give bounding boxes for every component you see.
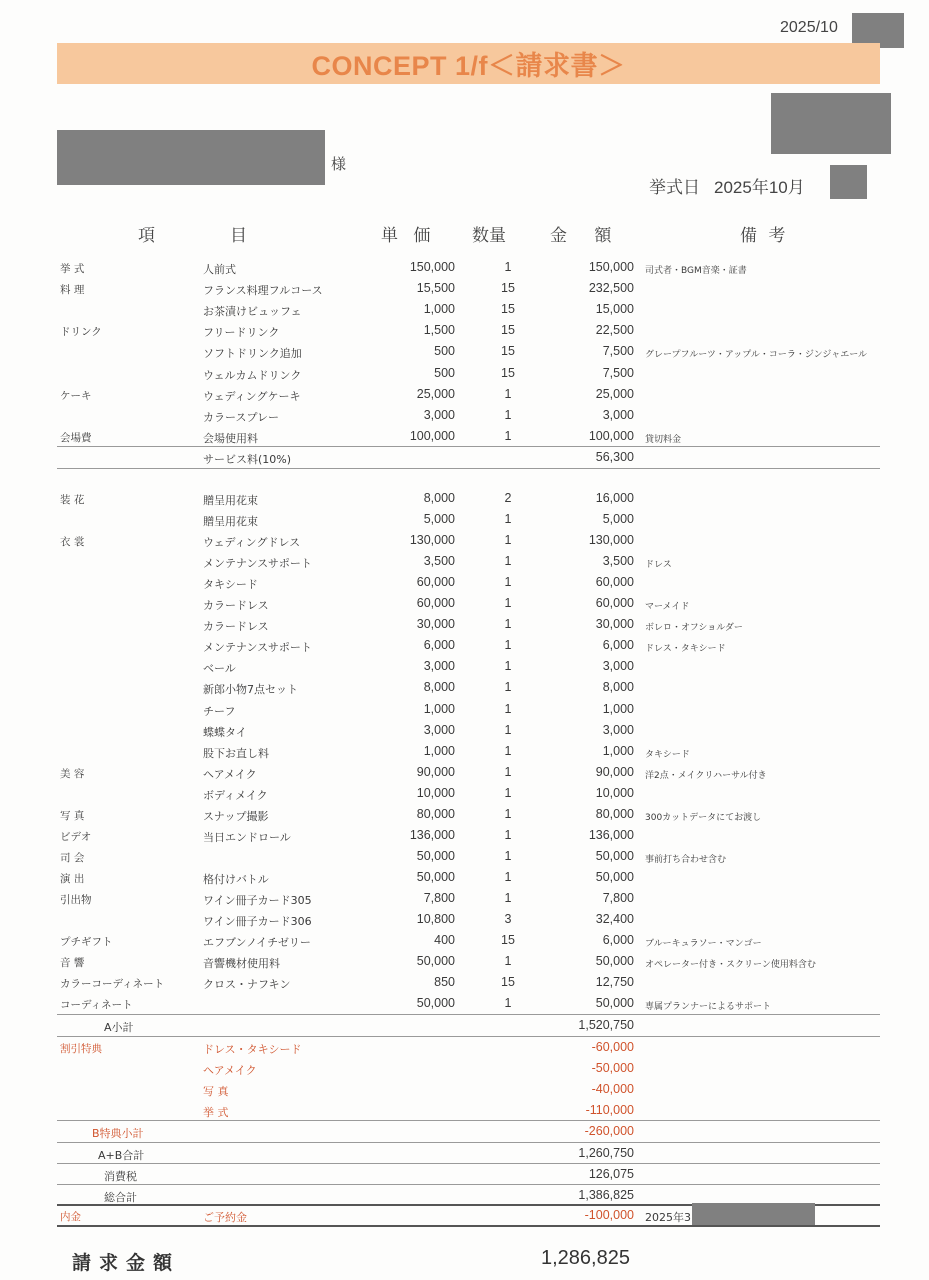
line-item-amount: 60,000 xyxy=(596,596,634,610)
line-item-note: グレープフルーツ・アップル・コーラ・ジンジャエール xyxy=(645,347,867,360)
line-item-category: 司 会 xyxy=(60,850,84,865)
line-item-quantity: 1 xyxy=(493,533,523,547)
line-item-row: 贈呈用花束5,00015,000 xyxy=(57,510,880,531)
line-item-amount: 60,000 xyxy=(596,575,634,589)
line-item-amount: 3,000 xyxy=(603,659,634,673)
service-charge-row: サービス料(10%) 56,300 xyxy=(57,448,880,469)
line-item-quantity: 1 xyxy=(493,786,523,800)
line-item-name: フリードリンク xyxy=(203,324,279,340)
line-item-note: ドレス・タキシード xyxy=(645,641,726,654)
discount-item: 挙 式 xyxy=(203,1104,229,1120)
line-item-amount: 32,400 xyxy=(596,912,634,926)
line-item-note: ボレロ・オフショルダー xyxy=(645,620,743,633)
line-item-row: 蝶蝶タイ3,00013,000 xyxy=(57,721,880,742)
service-charge-label: サービス料(10%) xyxy=(203,451,291,467)
line-item-amount: 1,000 xyxy=(603,744,634,758)
line-item-quantity: 15 xyxy=(493,933,523,947)
subtotal-a-row: A小計 1,520,750 xyxy=(57,1016,880,1037)
line-item-unit-price: 3,000 xyxy=(424,659,455,673)
line-item-quantity: 1 xyxy=(493,702,523,716)
line-item-note: 事前打ち合わせ含む xyxy=(645,852,726,865)
subtotal-a-amount: 1,520,750 xyxy=(578,1018,634,1032)
line-item-amount: 3,000 xyxy=(603,408,634,422)
line-item-name: ベール xyxy=(203,660,236,676)
line-item-quantity: 15 xyxy=(493,344,523,358)
line-item-name: ワイン冊子カード306 xyxy=(203,913,312,929)
line-item-amount: 25,000 xyxy=(596,387,634,401)
line-item-row: 新郎小物7点セット8,00018,000 xyxy=(57,678,880,699)
line-item-amount: 80,000 xyxy=(596,807,634,821)
divider xyxy=(57,1184,880,1185)
line-item-note: オペレーター付き・スクリーン使用料含む xyxy=(645,957,816,970)
line-item-unit-price: 50,000 xyxy=(417,849,455,863)
line-item-amount: 16,000 xyxy=(596,491,634,505)
discount-category: 割引特典 xyxy=(60,1041,102,1056)
grand-total-amount: 1,386,825 xyxy=(578,1188,634,1202)
discount-item: ヘアメイク xyxy=(203,1062,257,1078)
line-item-category: 音 響 xyxy=(60,955,84,970)
col-header-quantity: 数量 xyxy=(472,221,506,246)
grand-total-label: 総合計 xyxy=(104,1189,137,1205)
line-item-quantity: 15 xyxy=(493,281,523,295)
divider xyxy=(57,1014,880,1015)
line-item-row: ケーキウェディングケーキ25,000125,000 xyxy=(57,385,880,406)
col-header-unit-price: 単 価 xyxy=(381,221,430,246)
line-item-quantity: 2 xyxy=(493,491,523,505)
col-header-notes: 備 考 xyxy=(740,221,785,246)
line-item-quantity: 1 xyxy=(493,765,523,779)
tax-row: 消費税 126,075 xyxy=(57,1165,880,1186)
line-item-name: 当日エンドロール xyxy=(203,829,291,845)
line-item-note: 300カットデータにてお渡し xyxy=(645,810,761,823)
line-item-category: 装 花 xyxy=(60,492,84,507)
line-item-category: プチギフト xyxy=(60,934,113,949)
line-item-amount: 7,500 xyxy=(603,344,634,358)
divider xyxy=(57,1163,880,1164)
line-item-quantity: 3 xyxy=(493,912,523,926)
line-item-row: 股下お直し料1,00011,000タキシード xyxy=(57,742,880,763)
line-item-amount: 12,750 xyxy=(596,975,634,989)
discount-item: ドレス・タキシード xyxy=(203,1041,302,1057)
line-item-quantity: 15 xyxy=(493,975,523,989)
divider xyxy=(57,446,880,447)
line-item-note: ドレス xyxy=(645,557,672,570)
divider-thick xyxy=(57,1225,880,1227)
line-item-category: ケーキ xyxy=(60,388,92,403)
line-item-row: 演 出格付けバトル50,000150,000 xyxy=(57,868,880,889)
line-item-note: タキシード xyxy=(645,747,690,760)
line-item-note: 司式者・BGM音楽・証書 xyxy=(645,263,747,276)
line-item-quantity: 1 xyxy=(493,659,523,673)
line-item-name: 贈呈用花束 xyxy=(203,492,258,508)
wedding-date-value: 2025年10月 xyxy=(714,178,805,197)
service-charge-amount: 56,300 xyxy=(596,450,634,464)
line-item-row: カラードレス30,000130,000ボレロ・オフショルダー xyxy=(57,615,880,636)
wedding-date-label: 挙式日 xyxy=(649,178,700,197)
document-title: CONCEPT 1/f＜請求書＞ xyxy=(311,44,625,83)
redaction-deposit-note xyxy=(692,1203,815,1227)
line-item-row: 衣 裳ウェディングドレス130,0001130,000 xyxy=(57,531,880,552)
line-item-unit-price: 3,500 xyxy=(424,554,455,568)
line-item-note: 洋2点・メイクリハーサル付き xyxy=(645,768,767,781)
line-item-row: ソフトドリンク追加500157,500グレープフルーツ・アップル・コーラ・ジンジ… xyxy=(57,342,880,363)
line-item-note: 貸切料金 xyxy=(645,432,681,445)
deposit-category: 内金 xyxy=(60,1209,81,1224)
line-item-unit-price: 90,000 xyxy=(417,765,455,779)
line-item-amount: 3,000 xyxy=(603,723,634,737)
line-item-unit-price: 7,800 xyxy=(424,891,455,905)
subtotal-a-label: A小計 xyxy=(104,1019,134,1035)
line-item-amount: 15,000 xyxy=(596,302,634,316)
line-item-quantity: 1 xyxy=(493,575,523,589)
line-item-row: 引出物ワイン冊子カード3057,80017,800 xyxy=(57,889,880,910)
line-item-name: クロス・ナフキン xyxy=(203,976,290,992)
line-item-amount: 10,000 xyxy=(596,786,634,800)
line-item-quantity: 1 xyxy=(493,723,523,737)
line-item-amount: 50,000 xyxy=(596,870,634,884)
line-item-unit-price: 136,000 xyxy=(410,828,455,842)
line-item-unit-price: 60,000 xyxy=(417,575,455,589)
line-item-amount: 7,500 xyxy=(603,366,634,380)
line-item-name: スナップ撮影 xyxy=(203,808,269,824)
line-item-unit-price: 25,000 xyxy=(417,387,455,401)
line-item-amount: 6,000 xyxy=(603,638,634,652)
line-item-quantity: 1 xyxy=(493,617,523,631)
line-item-unit-price: 500 xyxy=(434,344,455,358)
line-item-unit-price: 60,000 xyxy=(417,596,455,610)
line-item-row: ドリンクフリードリンク1,5001522,500 xyxy=(57,321,880,342)
line-item-unit-price: 3,000 xyxy=(424,723,455,737)
line-item-unit-price: 8,000 xyxy=(424,680,455,694)
line-item-row: プチギフトエフブンノイチゼリー400156,000ブルーキュラソー・マンゴー xyxy=(57,931,880,952)
line-item-name: ボディメイク xyxy=(203,787,268,803)
line-item-category: コーディネート xyxy=(60,997,133,1012)
line-item-name: 贈呈用花束 xyxy=(203,513,258,529)
wedding-date: 挙式日2025年10月日 xyxy=(649,173,854,198)
col-header-amount: 金 額 xyxy=(550,221,611,246)
line-item-row: 会場費会場使用料100,0001100,000貸切料金 xyxy=(57,427,880,448)
line-item-quantity: 1 xyxy=(493,807,523,821)
line-item-quantity: 1 xyxy=(493,638,523,652)
tax-label: 消費税 xyxy=(104,1168,137,1184)
subtotal-b-amount: -260,000 xyxy=(585,1124,634,1138)
line-item-amount: 7,800 xyxy=(603,891,634,905)
line-item-unit-price: 1,500 xyxy=(424,323,455,337)
line-item-amount: 50,000 xyxy=(596,996,634,1010)
line-item-name: 人前式 xyxy=(203,261,236,277)
line-item-row: 司 会50,000150,000事前打ち合わせ含む xyxy=(57,847,880,868)
line-item-quantity: 1 xyxy=(493,996,523,1010)
line-item-category: ビデオ xyxy=(60,829,91,844)
line-item-quantity: 1 xyxy=(493,849,523,863)
line-item-quantity: 1 xyxy=(493,554,523,568)
line-item-unit-price: 10,800 xyxy=(417,912,455,926)
line-item-amount: 90,000 xyxy=(596,765,634,779)
deposit-item: ご予約金 xyxy=(203,1209,247,1225)
line-item-name: ウェディングケーキ xyxy=(203,388,300,404)
line-item-row: カラースプレー3,00013,000 xyxy=(57,406,880,427)
redaction-wedding-day xyxy=(830,165,867,199)
discount-amount: -40,000 xyxy=(592,1082,634,1096)
line-item-quantity: 1 xyxy=(493,828,523,842)
line-item-unit-price: 30,000 xyxy=(417,617,455,631)
line-item-unit-price: 1,000 xyxy=(424,702,455,716)
line-item-name: カラースプレー xyxy=(203,409,279,425)
line-item-name: エフブンノイチゼリー xyxy=(203,934,311,950)
line-item-amount: 50,000 xyxy=(596,954,634,968)
line-item-note: ブルーキュラソー・マンゴー xyxy=(645,936,762,949)
line-item-amount: 50,000 xyxy=(596,849,634,863)
line-item-row: カラーコーディネートクロス・ナフキン8501512,750 xyxy=(57,973,880,994)
line-item-amount: 150,000 xyxy=(589,260,634,274)
line-item-row: 音 響音響機材使用料50,000150,000オペレーター付き・スクリーン使用料… xyxy=(57,952,880,973)
issue-date: 2025/10 xyxy=(780,19,838,37)
line-item-quantity: 1 xyxy=(493,408,523,422)
line-item-quantity: 1 xyxy=(493,680,523,694)
line-item-quantity: 1 xyxy=(493,744,523,758)
line-item-row: お茶漬けビュッフェ1,0001515,000 xyxy=(57,300,880,321)
line-item-row: コーディネート50,000150,000専属プランナーによるサポート xyxy=(57,994,880,1015)
line-item-row: 料 理フランス料理フルコース15,50015232,500 xyxy=(57,279,880,300)
title-bar: CONCEPT 1/f＜請求書＞ xyxy=(57,43,880,84)
total-ab-row: A+B合計 1,260,750 xyxy=(57,1144,880,1165)
line-item-amount: 30,000 xyxy=(596,617,634,631)
discount-amount: -50,000 xyxy=(592,1061,634,1075)
deposit-amount: -100,000 xyxy=(585,1208,634,1222)
line-item-amount: 130,000 xyxy=(589,533,634,547)
discount-amount: -110,000 xyxy=(586,1103,634,1117)
line-item-name: フランス料理フルコース xyxy=(203,282,323,298)
discount-row: 写 真 -40,000 xyxy=(57,1080,880,1101)
divider xyxy=(57,468,880,469)
line-item-category: 演 出 xyxy=(60,871,84,886)
subtotal-b-row: B特典小計 -260,000 xyxy=(57,1122,880,1143)
line-item-row: ワイン冊子カード30610,800332,400 xyxy=(57,910,880,931)
line-item-amount: 22,500 xyxy=(596,323,634,337)
line-item-category: ドリンク xyxy=(60,324,102,339)
line-item-category: カラーコーディネート xyxy=(60,976,164,991)
line-item-category: 料 理 xyxy=(60,282,84,297)
line-item-quantity: 1 xyxy=(493,512,523,526)
line-item-note: 専属プランナーによるサポート xyxy=(645,999,771,1012)
line-item-row: チーフ1,00011,000 xyxy=(57,700,880,721)
discount-row: ヘアメイク -50,000 xyxy=(57,1059,880,1080)
total-ab-amount: 1,260,750 xyxy=(578,1146,634,1160)
line-item-unit-price: 5,000 xyxy=(424,512,455,526)
line-item-category: 引出物 xyxy=(60,892,92,907)
line-item-quantity: 1 xyxy=(493,387,523,401)
line-item-category: 会場費 xyxy=(60,430,92,445)
deposit-note: 2025年3 xyxy=(645,1209,691,1225)
line-item-name: ウェルカムドリンク xyxy=(203,367,301,383)
line-item-amount: 100,000 xyxy=(589,429,634,443)
line-item-category: 衣 裳 xyxy=(60,534,84,549)
line-item-row: 美 容ヘアメイク90,000190,000洋2点・メイクリハーサル付き xyxy=(57,763,880,784)
line-item-amount: 136,000 xyxy=(589,828,634,842)
line-item-row: 写 真スナップ撮影80,000180,000300カットデータにてお渡し xyxy=(57,805,880,826)
line-item-quantity: 15 xyxy=(493,323,523,337)
discount-amount: -60,000 xyxy=(592,1040,634,1054)
discount-row: 挙 式 -110,000 xyxy=(57,1101,880,1122)
line-item-row: タキシード60,000160,000 xyxy=(57,573,880,594)
line-item-unit-price: 50,000 xyxy=(417,996,455,1010)
line-item-unit-price: 80,000 xyxy=(417,807,455,821)
line-item-name: ウェディングドレス xyxy=(203,534,300,550)
line-item-quantity: 1 xyxy=(493,260,523,274)
line-item-unit-price: 8,000 xyxy=(424,491,455,505)
line-item-name: メンテナンスサポート xyxy=(203,639,312,655)
line-item-unit-price: 1,000 xyxy=(424,744,455,758)
line-item-name: 蝶蝶タイ xyxy=(203,724,247,740)
line-item-quantity: 1 xyxy=(493,870,523,884)
line-item-row: カラードレス60,000160,000マーメイド xyxy=(57,594,880,615)
discount-row: 割引特典 ドレス・タキシード -60,000 xyxy=(57,1038,880,1059)
line-item-quantity: 1 xyxy=(493,596,523,610)
line-item-row: ウェルカムドリンク500157,500 xyxy=(57,364,880,385)
line-item-category: 美 容 xyxy=(60,766,84,781)
line-item-name: タキシード xyxy=(203,576,258,592)
subtotal-b-label: B特典小計 xyxy=(92,1125,144,1141)
line-item-unit-price: 50,000 xyxy=(417,954,455,968)
line-item-unit-price: 150,000 xyxy=(410,260,455,274)
col-header-category: 項 xyxy=(138,221,155,246)
line-item-name: メンテナンスサポート xyxy=(203,555,312,571)
line-item-unit-price: 3,000 xyxy=(424,408,455,422)
line-item-name: ワイン冊子カード305 xyxy=(203,892,312,908)
line-item-name: ヘアメイク xyxy=(203,766,257,782)
line-item-unit-price: 400 xyxy=(434,933,455,947)
discount-item: 写 真 xyxy=(203,1083,229,1099)
billing-amount-value: 1,286,825 xyxy=(541,1247,630,1270)
line-item-amount: 8,000 xyxy=(603,680,634,694)
line-item-name: 新郎小物7点セット xyxy=(203,681,298,697)
line-item-amount: 6,000 xyxy=(603,933,634,947)
redaction-company-stamp xyxy=(771,93,891,154)
line-item-quantity: 15 xyxy=(493,366,523,380)
redaction-customer-name xyxy=(57,130,325,185)
line-item-unit-price: 130,000 xyxy=(410,533,455,547)
line-item-name: 股下お直し料 xyxy=(203,745,269,761)
line-item-unit-price: 15,500 xyxy=(417,281,455,295)
billing-amount-label: 請求金額 xyxy=(72,1248,180,1275)
line-item-name: カラードレス xyxy=(203,618,269,634)
line-item-amount: 5,000 xyxy=(603,512,634,526)
line-item-row: ビデオ当日エンドロール136,0001136,000 xyxy=(57,826,880,847)
line-item-quantity: 1 xyxy=(493,891,523,905)
line-item-quantity: 1 xyxy=(493,954,523,968)
line-item-row: メンテナンスサポート6,00016,000ドレス・タキシード xyxy=(57,636,880,657)
line-item-unit-price: 500 xyxy=(434,366,455,380)
line-item-name: 会場使用料 xyxy=(203,430,258,446)
line-item-row: ボディメイク10,000110,000 xyxy=(57,784,880,805)
line-item-amount: 1,000 xyxy=(603,702,634,716)
line-item-name: お茶漬けビュッフェ xyxy=(203,303,301,319)
line-item-unit-price: 6,000 xyxy=(424,638,455,652)
line-item-name: 格付けバトル xyxy=(203,871,269,887)
divider xyxy=(57,1142,880,1143)
line-item-amount: 232,500 xyxy=(589,281,634,295)
line-item-unit-price: 10,000 xyxy=(417,786,455,800)
total-ab-label: A+B合計 xyxy=(98,1147,144,1163)
tax-amount: 126,075 xyxy=(589,1167,634,1181)
line-item-row: ベール3,00013,000 xyxy=(57,657,880,678)
line-item-quantity: 15 xyxy=(493,302,523,316)
line-item-name: ソフトドリンク追加 xyxy=(203,345,302,361)
col-header-item: 目 xyxy=(230,221,247,246)
line-item-amount: 3,500 xyxy=(603,554,634,568)
line-item-category: 挙 式 xyxy=(60,261,84,276)
line-item-unit-price: 1,000 xyxy=(424,302,455,316)
line-item-name: チーフ xyxy=(203,703,235,719)
line-item-name: カラードレス xyxy=(203,597,269,613)
line-item-row: 装 花贈呈用花束8,000216,000 xyxy=(57,489,880,510)
honorific: 様 xyxy=(331,153,346,174)
line-item-category: 写 真 xyxy=(60,808,84,823)
line-item-unit-price: 100,000 xyxy=(410,429,455,443)
divider xyxy=(57,1120,880,1121)
divider xyxy=(57,1036,880,1037)
line-item-row: メンテナンスサポート3,50013,500ドレス xyxy=(57,552,880,573)
line-item-unit-price: 850 xyxy=(434,975,455,989)
line-item-quantity: 1 xyxy=(493,429,523,443)
line-item-note: マーメイド xyxy=(645,599,689,612)
line-item-unit-price: 50,000 xyxy=(417,870,455,884)
line-item-name: 音響機材使用料 xyxy=(203,955,280,971)
line-item-row: 挙 式人前式150,0001150,000司式者・BGM音楽・証書 xyxy=(57,258,880,279)
